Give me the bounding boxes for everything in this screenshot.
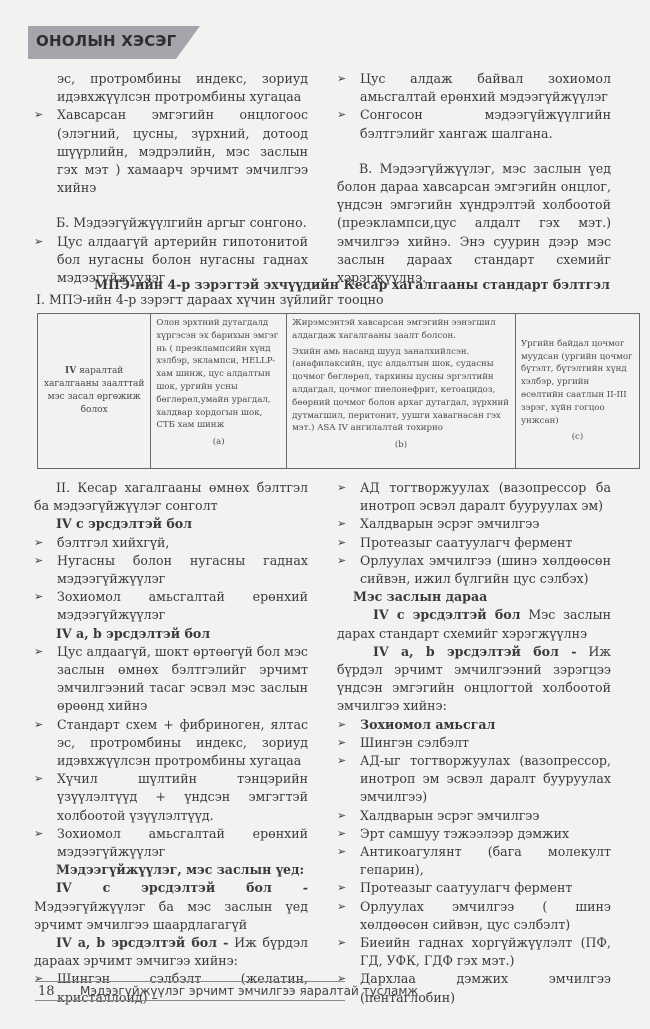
bullet-arrow-icon: ➢: [34, 770, 43, 788]
continuation-text: эс, протромбины индекс, зориуд идэвхжүүл…: [34, 70, 308, 106]
bullet-arrow-icon: ➢: [337, 552, 346, 570]
table-cell-a: Олон эрхтний дутагдалд хүргэсэн эх барих…: [151, 314, 287, 469]
paragraph-ivc-during: IV с эрсдэлтэй бол - Мэдээгүйжүүлэг ба м…: [34, 879, 308, 934]
footer-rule-bottom: [35, 1000, 345, 1001]
bullet-arrow-icon: ➢: [34, 825, 43, 843]
bullet-arrow-icon: ➢: [34, 106, 43, 124]
running-title: Мэдээгүйжүүлэг эрчимт эмчилгээ яаралтай …: [80, 984, 418, 998]
subheading-ivc: IV с эрсдэлтэй бол: [34, 515, 308, 533]
list-item: ➢Цус алдаж байвал зохиомол амьсгалтай ер…: [337, 70, 611, 106]
bullet-arrow-icon: ➢: [337, 898, 346, 916]
bullet-arrow-icon: ➢: [34, 534, 43, 552]
list-item: ➢Биеийн гаднах хоргүйжүүлэлт (ПФ, ГД, УФ…: [337, 934, 611, 970]
section-header-title: ОНОЛЫН ХЭСЭГ: [36, 32, 176, 50]
cell-tag-b: (b): [292, 439, 510, 452]
subheading-ivab: IV a, b эрсдэлтэй бол: [34, 625, 308, 643]
bullet-arrow-icon: ➢: [337, 879, 346, 897]
bullet-arrow-icon: ➢: [34, 233, 43, 251]
bullet-arrow-icon: ➢: [34, 643, 43, 661]
bullet-arrow-icon: ➢: [34, 552, 43, 570]
bullet-arrow-icon: ➢: [337, 934, 346, 952]
paragraph-ivc-after: IV с эрсдэлтэй бол Мэс заслын дарах стан…: [337, 606, 611, 642]
bullet-arrow-icon: ➢: [337, 70, 346, 88]
cell-tag-a: (a): [156, 436, 281, 449]
list-item: ➢Эрт самшуу тэжээлээр дэмжих: [337, 825, 611, 843]
list-item: ➢Зохиомол амьсгал: [337, 716, 611, 734]
bullet-arrow-icon: ➢: [337, 534, 346, 552]
list-item: ➢Антикоагулянт (бага молекулт гепарин),: [337, 843, 611, 879]
page-number: 18: [38, 984, 55, 999]
list-item: ➢Хавсарсан эмгэгийн онцлогоос (элэгний, …: [34, 106, 308, 197]
paragraph-b: Б. Мэдээгүйжүүлгийн аргыг сонгоно.: [34, 214, 308, 232]
paragraph-ivab-during: IV a, b эрсдэлтэй бол - Иж бүрдэл дараах…: [34, 934, 308, 970]
bullet-arrow-icon: ➢: [34, 588, 43, 606]
list-item: ➢Орлуулах эмчилгээ ( шинэ хөлдөөсөн сийв…: [337, 898, 611, 934]
subheading-during-surgery: Мэдээгүйжүүлэг, мэс заслын үед:: [34, 861, 308, 879]
list-item: ➢АД-ыг тогтворжуулах (вазопрессор, инотр…: [337, 752, 611, 807]
list-item: ➢Сонгосон мэдээгүйжүүлгийн бэлтгэлийг ха…: [337, 106, 611, 142]
table-cell-category: IV яаралтай хагалгааны заалттай мэс заса…: [38, 314, 151, 469]
bullet-arrow-icon: ➢: [337, 825, 346, 843]
table-cell-c: Ургийн байдал цочмог муудсан (ургийн цоч…: [515, 314, 639, 469]
list-item: ➢Протеазыг саатуулагч фермент: [337, 534, 611, 552]
table-cell-b: Жирэмсэнтэй хавсарсан эмгэгийн ээнэгшил …: [287, 314, 516, 469]
table-row: IV яаралтай хагалгааны заалттай мэс заса…: [38, 314, 640, 469]
right-column-bottom: ➢АД тогтворжуулах (вазопрессор ба инотро…: [337, 479, 611, 1007]
paragraph-v: В. Мэдээгүйжүүлэг, мэс заслын үед болон …: [337, 160, 611, 287]
list-item: ➢Хүчил шүлтийн тэнцэрийн үзүүлэлтүүд + ү…: [34, 770, 308, 825]
footer-rule-top: [35, 981, 345, 982]
list-item: ➢Зохиомол амьсгалтай ерөнхий мэдээгүйжүү…: [34, 588, 308, 624]
bullet-arrow-icon: ➢: [337, 843, 346, 861]
bullet-arrow-icon: ➢: [337, 716, 346, 734]
criteria-table: IV яаралтай хагалгааны заалттай мэс заса…: [37, 313, 640, 469]
cell-tag-c: (c): [521, 431, 634, 444]
left-column-top: эс, протромбины индекс, зориуд идэвхжүүл…: [34, 70, 308, 287]
bullet-arrow-icon: ➢: [337, 515, 346, 533]
bullet-arrow-icon: ➢: [34, 716, 43, 734]
list-item: ➢Халдварын эсрэг эмчилгээ: [337, 515, 611, 533]
paragraph-ivab-after: IV a, b эрсдэлтэй бол - Иж бүрдэл эрчимт…: [337, 643, 611, 716]
bullet-arrow-icon: ➢: [337, 752, 346, 770]
list-item: ➢Халдварын эсрэг эмчилгээ: [337, 807, 611, 825]
list-item: ➢Зохиомол амьсгалтай ерөнхий мэдээгүйжүү…: [34, 825, 308, 861]
right-column-top: ➢Цус алдаж байвал зохиомол амьсгалтай ер…: [337, 70, 611, 287]
list-item: ➢Стандарт схем + фибриноген, ялтас эс, п…: [34, 716, 308, 771]
bullet-arrow-icon: ➢: [337, 106, 346, 124]
bullet-arrow-icon: ➢: [337, 479, 346, 497]
list-item: ➢Цус алдаагүй, шокт өртөөгүй бол мэс зас…: [34, 643, 308, 716]
list-item: ➢Орлуулах эмчилгээ (шинэ хөлдөөсөн сийвэ…: [337, 552, 611, 588]
list-item: ➢Нугасны болон нугасны гаднах мэдээгүйжү…: [34, 552, 308, 588]
section-subheading: I. МПЭ-ийн 4-р зэрэгт дараах хүчин зүйли…: [36, 292, 384, 307]
subheading-after-surgery: Мэс заслын дараа: [337, 588, 611, 606]
left-column-bottom: II. Кесар хагалгааны өмнөх бэлтгэл ба мэ…: [34, 479, 308, 1007]
list-item: ➢Протеазыг саатуулагч фермент: [337, 879, 611, 897]
bullet-arrow-icon: ➢: [337, 734, 346, 752]
bullet-arrow-icon: ➢: [337, 807, 346, 825]
section-heading: МПЭ-ийн 4-р зэрэгтэй эхчүүдийн Кесар хаг…: [94, 277, 610, 292]
list-item: ➢бэлтгэл хийхгүй,: [34, 534, 308, 552]
paragraph-ii: II. Кесар хагалгааны өмнөх бэлтгэл ба мэ…: [34, 479, 308, 515]
list-item: ➢Шингэн сэлбэлт: [337, 734, 611, 752]
list-item: ➢АД тогтворжуулах (вазопрессор ба инотро…: [337, 479, 611, 515]
